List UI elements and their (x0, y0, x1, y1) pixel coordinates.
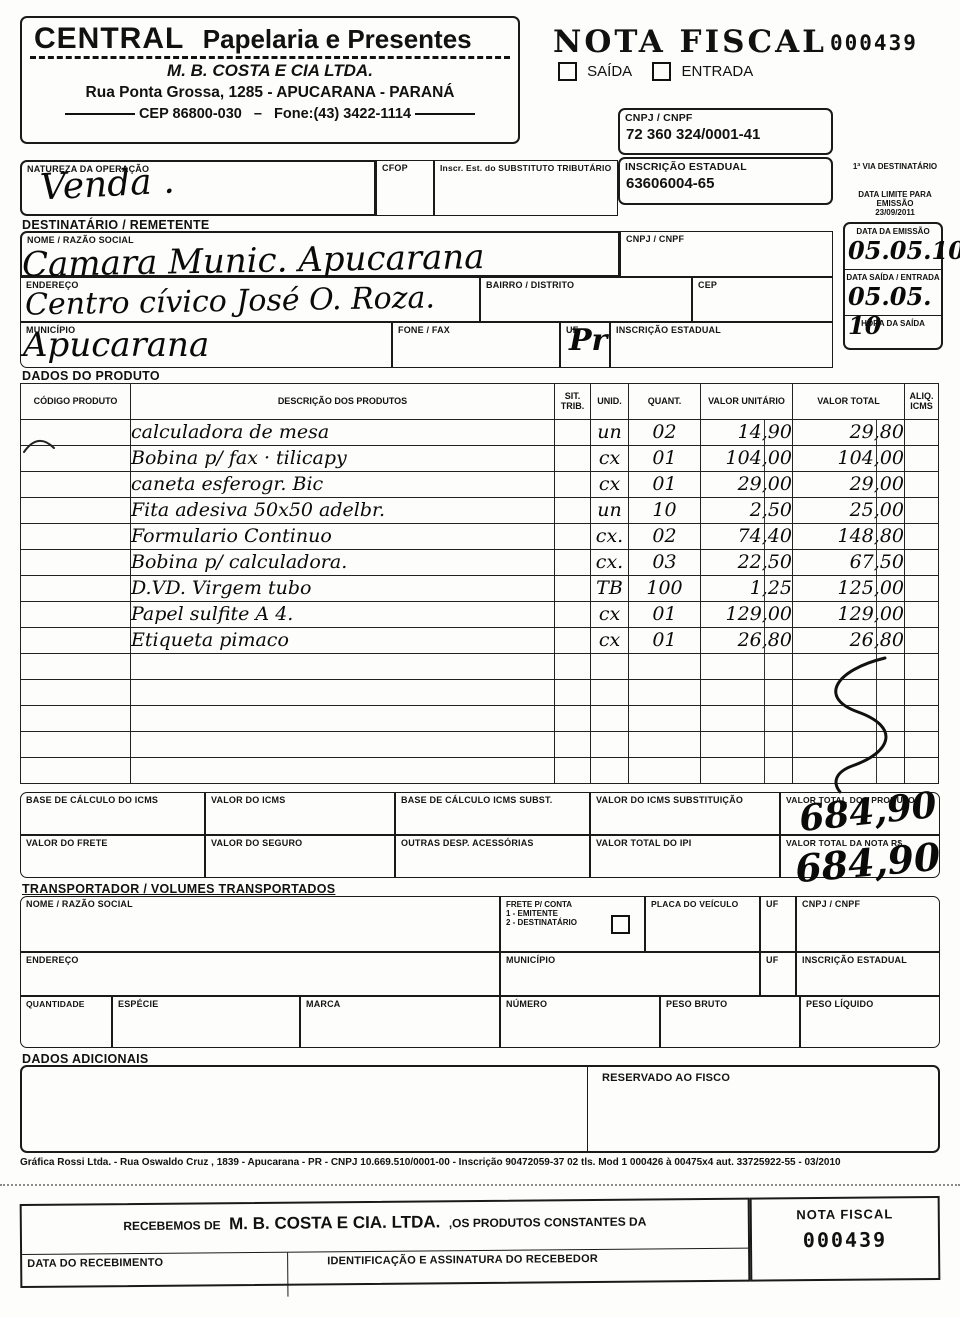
emitter-ie-value: 63606004-65 (620, 174, 831, 192)
dest-municipio-box: MUNICÍPIO Apucarana (20, 322, 392, 368)
col-unid: UNID. (591, 384, 629, 420)
transp-ie-box: INSCRIÇÃO ESTADUAL (796, 952, 940, 996)
company-name: CENTRAL (34, 22, 184, 55)
row-valor-total: 29,00 (850, 473, 904, 495)
data-emissao-value: 05.05.10 (848, 236, 960, 265)
row-unid: cx (599, 473, 620, 495)
row-descricao: D.VD. Virgem tubo (131, 577, 311, 599)
cancellation-squiggle (800, 650, 930, 795)
marca-label: MARCA (301, 997, 499, 1010)
row-quant: 01 (652, 603, 676, 625)
dest-ie-label: INSCRIÇÃO ESTADUAL (611, 323, 832, 336)
recebemos-sufixo: ,OS PRODUTOS CONSTANTES DA (449, 1215, 647, 1231)
row-descricao: Bobina p/ calculadora. (131, 551, 347, 573)
decor-line-right (415, 113, 475, 115)
company-legal-name: M. B. COSTA E CIA LTDA. (22, 61, 518, 81)
stub-nota-numero: 000439 (752, 1227, 938, 1253)
peso-bruto-label: PESO BRUTO (661, 997, 799, 1010)
dest-nome-box: NOME / RAZÃO SOCIAL Camara Munic. Apucar… (20, 231, 620, 277)
dest-uf-box: UF Pr (560, 322, 610, 368)
dados-adicionais-box: RESERVADO AO FISCO (20, 1065, 940, 1153)
transp-municipio-label: MUNICÍPIO (501, 953, 759, 966)
hora-saida-label: HORA DA SAÍDA (845, 316, 941, 328)
dest-ie-box: INSCRIÇÃO ESTADUAL (610, 322, 833, 368)
col-valor-total: VALOR TOTAL (793, 384, 905, 420)
dest-municipio-handwritten: Apucarana (23, 325, 209, 365)
valor-icms-box: VALOR DO ICMS (205, 792, 395, 835)
marca-box: MARCA (300, 996, 500, 1048)
row-quant: 100 (646, 577, 682, 599)
peso-bruto-box: PESO BRUTO (660, 996, 800, 1048)
entrada-label: ENTRADA (682, 63, 754, 80)
ipi-label: VALOR TOTAL DO IPI (591, 836, 779, 849)
product-row: caneta esferogr. Bic cx 01 29,00 29,00 (21, 472, 939, 498)
saida-checkbox (558, 62, 577, 81)
recebemos-prefix: RECEBEMOS DE (123, 1218, 220, 1233)
company-type: Papelaria e Presentes (203, 24, 472, 54)
data-saida-label: DATA SAÍDA / ENTRADA (845, 270, 941, 282)
adicionais-divider (587, 1067, 588, 1151)
produtos-section-label: DADOS DO PRODUTO (22, 369, 160, 383)
base-icms-box: BASE DE CÁLCULO DO ICMS (20, 792, 205, 835)
row-unid: cx (599, 603, 620, 625)
frete-conta-checkbox (611, 915, 630, 934)
row-descricao: Fita adesiva 50x50 adelbr. (131, 499, 385, 521)
row-descricao: Etiqueta pimaco (131, 629, 289, 651)
data-limite-label: DATA LIMITE PARA EMISSÃO (858, 190, 931, 208)
especie-label: ESPÉCIE (113, 997, 299, 1010)
transp-nome-label: NOME / RAZÃO SOCIAL (21, 897, 499, 910)
ipi-box: VALOR TOTAL DO IPI (590, 835, 780, 878)
stub-nota-box: NOTA FISCAL 000439 (750, 1196, 941, 1282)
product-row: Formulario Continuo cx. 02 74,40 148,80 (21, 524, 939, 550)
quantidade-label: QUANTIDADE (21, 997, 111, 1009)
row-descricao: caneta esferogr. Bic (131, 473, 323, 495)
row-unid: un (597, 421, 621, 443)
transp-uf-label: UF (761, 897, 795, 910)
peso-liquido-box: PESO LÍQUIDO (800, 996, 940, 1048)
col-valor-unitario: VALOR UNITÁRIO (701, 384, 793, 420)
base-icms-subst-label: BASE DE CÁLCULO ICMS SUBST. (396, 793, 589, 806)
row-valor-unitario: 29,00 (738, 473, 792, 495)
dest-cep-box: CEP (692, 277, 833, 322)
identificacao-label: IDENTIFICAÇÃO E ASSINATURA DO RECEBEDOR (287, 1249, 748, 1268)
row-descricao: calculadora de mesa (131, 421, 329, 443)
dest-fone-label: FONE / FAX (393, 323, 559, 336)
base-icms-label: BASE DE CÁLCULO DO ICMS (21, 793, 204, 806)
row-quant: 03 (652, 551, 676, 573)
col-aliq-icms: ALIQ. ICMS (905, 384, 939, 420)
valor-icms-subst-box: VALOR DO ICMS SUBSTITUIÇÃO (590, 792, 780, 835)
row-valor-total: 26,80 (850, 629, 904, 651)
natureza-box: NATUREZA DA OPERAÇÃO Venda . (20, 160, 376, 216)
row-unid: cx. (596, 525, 623, 547)
recebemos-empresa: M. B. COSTA E CIA. LTDA. (229, 1212, 440, 1233)
row-valor-total: 125,00 (838, 577, 904, 599)
col-codigo: CÓDIGO PRODUTO (21, 384, 131, 420)
row-valor-unitario: 104,00 (726, 447, 792, 469)
valor-icms-label: VALOR DO ICMS (206, 793, 394, 806)
dest-endereco-handwritten: Centro cívico José O. Roza. (25, 280, 435, 322)
quantidade-box: QUANTIDADE (20, 996, 112, 1048)
transp-ie-label: INSCRIÇÃO ESTADUAL (797, 953, 939, 966)
row-quant: 01 (652, 473, 676, 495)
valor-total-nota-box: VALOR TOTAL DA NOTA R$ 684,90 (780, 835, 940, 878)
row-descricao: Papel sulfite A 4. (131, 603, 293, 625)
row-quant: 02 (652, 421, 676, 443)
row-valor-unitario: 26,80 (738, 629, 792, 651)
row-valor-total: 148,80 (838, 525, 904, 547)
placa-box: PLACA DO VEÍCULO (645, 896, 760, 952)
row-valor-total: 25,00 (850, 499, 904, 521)
product-row: Bobina p/ fax · tilicapy cx 01 104,00 10… (21, 446, 939, 472)
dest-uf-handwritten: Pr (569, 323, 607, 358)
data-limite-value: 23/09/2011 (875, 208, 915, 217)
emitter-cnpj-label: CNPJ / CNPF (620, 110, 831, 125)
saida-label: SAÍDA (587, 63, 632, 80)
row-unid: cx (599, 447, 620, 469)
dates-box: DATA DA EMISSÃO 05.05.10 DATA SAÍDA / EN… (843, 222, 943, 350)
transp-uf2-label: UF (761, 953, 795, 966)
dest-bairro-label: BAIRRO / DISTRITO (481, 278, 691, 291)
transp-endereco-box: ENDEREÇO (20, 952, 500, 996)
subst-trib-label: Inscr. Est. do SUBSTITUTO TRIBUTÁRIO (435, 161, 617, 173)
grafica-credit-line: Gráfica Rossi Ltda. - Rua Oswaldo Cruz ,… (20, 1157, 940, 1168)
dest-fone-box: FONE / FAX (392, 322, 560, 368)
stub-nota-label: NOTA FISCAL (752, 1206, 938, 1223)
especie-box: ESPÉCIE (112, 996, 300, 1048)
row-unid: cx (599, 629, 620, 651)
cfop-box: CFOP (376, 160, 434, 216)
company-cep: CEP 86800-030 (139, 106, 242, 122)
dest-cnpj-box: CNPJ / CNPF (620, 231, 833, 277)
transp-cnpj-box: CNPJ / CNPF (796, 896, 940, 952)
product-row: D.VD. Virgem tubo TB 100 1,25 125,00 (21, 576, 939, 602)
emitter-ie-box: INSCRIÇÃO ESTADUAL 63606004-65 (618, 157, 833, 205)
transportador-section-label: TRANSPORTADOR / VOLUMES TRANSPORTADOS (22, 882, 335, 896)
dest-cep-label: CEP (693, 278, 832, 291)
valor-icms-subst-label: VALOR DO ICMS SUBSTITUIÇÃO (591, 793, 779, 806)
row-descricao: Formulario Continuo (131, 525, 332, 547)
natureza-handwritten: Venda . (39, 161, 176, 209)
row-quant: 01 (652, 447, 676, 469)
outras-desp-box: OUTRAS DESP. ACESSÓRIAS (395, 835, 590, 878)
frete-opcao2: 2 - DESTINATÁRIO (506, 918, 577, 927)
row-quant: 02 (652, 525, 676, 547)
data-recebimento-label: DATA DO RECEBIMENTO (22, 1253, 287, 1270)
emitter-cnpj-value: 72 360 324/0001-41 (620, 125, 831, 143)
row-valor-total: 129,00 (838, 603, 904, 625)
frete-conta-label: FRETE P/ CONTA (506, 900, 572, 909)
placa-label: PLACA DO VEÍCULO (646, 897, 759, 909)
col-quant: QUANT. (629, 384, 701, 420)
transp-cnpj-label: CNPJ / CNPF (797, 897, 939, 910)
dest-endereco-box: ENDEREÇO Centro cívico José O. Roza. (20, 277, 480, 322)
decor-line-left (65, 113, 135, 115)
entrada-checkbox (652, 62, 671, 81)
transp-municipio-box: MUNICÍPIO (500, 952, 760, 996)
seguro-box: VALOR DO SEGURO (205, 835, 395, 878)
row-valor-total: 29,80 (850, 421, 904, 443)
dest-bairro-box: BAIRRO / DISTRITO (480, 277, 692, 322)
row-valor-unitario: 14,90 (738, 421, 792, 443)
row-descricao: Bobina p/ fax · tilicapy (131, 447, 347, 469)
row-valor-unitario: 22,50 (738, 551, 792, 573)
adicionais-section-label: DADOS ADICIONAIS (22, 1052, 149, 1066)
doc-title: NOTA FISCAL (553, 24, 827, 60)
product-header-row: CÓDIGO PRODUTO DESCRIÇÃO DOS PRODUTOS SI… (21, 384, 939, 420)
company-address: Rua Ponta Grossa, 1285 - APUCARANA - PAR… (22, 84, 518, 102)
seguro-label: VALOR DO SEGURO (206, 836, 394, 849)
emitter-header-box: CENTRAL Papelaria e Presentes M. B. COST… (20, 16, 520, 144)
row-unid: TB (596, 577, 623, 599)
numero-label: NÚMERO (501, 997, 659, 1010)
transp-uf2-box: UF (760, 952, 796, 996)
transp-nome-box: NOME / RAZÃO SOCIAL (20, 896, 500, 952)
frete-label: VALOR DO FRETE (21, 836, 204, 849)
base-icms-subst-box: BASE DE CÁLCULO ICMS SUBST. (395, 792, 590, 835)
product-row: Papel sulfite A 4. cx 01 129,00 129,00 (21, 602, 939, 628)
subst-trib-box: Inscr. Est. do SUBSTITUTO TRIBUTÁRIO (434, 160, 618, 216)
via-label: 1ª VIA DESTINATÁRIO (845, 162, 945, 171)
product-row: calculadora de mesa un 02 14,90 29,80 (21, 420, 939, 446)
frete-box: VALOR DO FRETE (20, 835, 205, 878)
row-unid: cx. (596, 551, 623, 573)
dashed-rule (30, 56, 510, 59)
cfop-label: CFOP (377, 161, 433, 174)
row-valor-unitario: 74,40 (738, 525, 792, 547)
row-unid: un (597, 499, 621, 521)
stub-left-box: RECEBEMOS DE M. B. COSTA E CIA. LTDA. ,O… (20, 1198, 751, 1288)
dest-cnpj-label: CNPJ / CNPF (621, 232, 832, 245)
company-phone: Fone:(43) 3422-1114 (274, 106, 411, 122)
peso-liquido-label: PESO LÍQUIDO (801, 997, 939, 1010)
numero-box: NÚMERO (500, 996, 660, 1048)
data-emissao-label: DATA DA EMISSÃO (845, 224, 941, 236)
product-row: Fita adesiva 50x50 adelbr. un 10 2,50 25… (21, 498, 939, 524)
col-sit-trib: SIT. TRIB. (555, 384, 591, 420)
row-valor-unitario: 129,00 (726, 603, 792, 625)
row-valor-unitario: 1,25 (750, 577, 792, 599)
nota-fiscal-scan: CENTRAL Papelaria e Presentes M. B. COST… (0, 0, 960, 1317)
transp-endereco-label: ENDEREÇO (21, 953, 499, 966)
frete-conta-box: FRETE P/ CONTA 1 - EMITENTE 2 - DESTINAT… (500, 896, 645, 952)
row-valor-total: 104,00 (838, 447, 904, 469)
col-descricao: DESCRIÇÃO DOS PRODUTOS (131, 384, 555, 420)
frete-opcao1: 1 - EMITENTE (506, 909, 558, 918)
receipt-stub: RECEBEMOS DE M. B. COSTA E CIA. LTDA. ,O… (20, 1196, 941, 1288)
row-quant: 10 (652, 499, 676, 521)
perforation-line (0, 1184, 960, 1186)
outras-desp-label: OUTRAS DESP. ACESSÓRIAS (396, 836, 589, 849)
row-valor-unitario: 2,50 (750, 499, 792, 521)
reservado-fisco-label: RESERVADO AO FISCO (597, 1069, 730, 1084)
destinatario-section-label: DESTINATÁRIO / REMETENTE (22, 218, 210, 232)
emitter-cnpj-box: CNPJ / CNPF 72 360 324/0001-41 (618, 108, 833, 155)
row-valor-total: 67,50 (850, 551, 904, 573)
doc-number: 000439 (830, 31, 918, 55)
row-quant: 01 (652, 629, 676, 651)
transp-uf-box: UF (760, 896, 796, 952)
valor-total-produtos-box: VALOR TOTAL DOS PRODUTOS 684,90 (780, 792, 940, 835)
emitter-ie-label: INSCRIÇÃO ESTADUAL (620, 159, 831, 174)
product-row: Bobina p/ calculadora. cx. 03 22,50 67,5… (21, 550, 939, 576)
